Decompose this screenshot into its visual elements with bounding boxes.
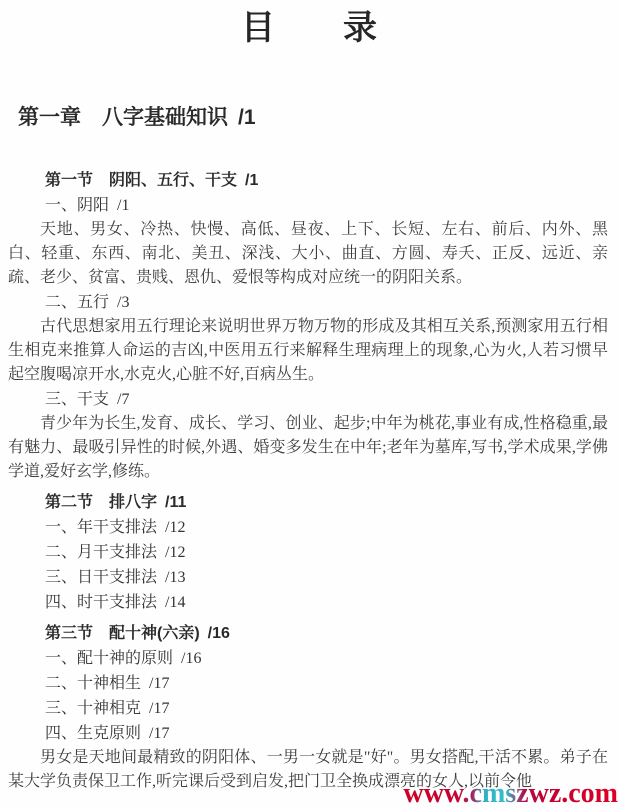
chapter-heading-page: /1 (238, 106, 256, 129)
toc-entry-page: /7 (117, 391, 129, 408)
toc-section-heading: 第一节 阴阳、五行、干支/1 (8, 168, 608, 193)
toc-item: 三、干支/7 (8, 387, 608, 412)
toc-entry-page: /1 (245, 172, 258, 189)
toc-paragraph: 青少年为长生,发育、成长、学习、创业、起步;中年为桃花,事业有成,性格稳重,最有… (8, 412, 608, 484)
toc-entry-label: 一、配十神的原则 (45, 650, 173, 667)
toc-entry-label: 二、五行 (45, 294, 109, 311)
toc-entry-page: /12 (165, 519, 185, 536)
chapter-heading: 第一章 八字基础知识/1 (18, 104, 618, 132)
toc-item: 二、五行/3 (8, 290, 608, 315)
watermark-url: www.cmszwz.com (403, 780, 618, 808)
toc-entry-label: 二、月干支排法 (45, 544, 157, 561)
toc-entry-page: /13 (165, 569, 185, 586)
toc-entry-label: 一、年干支排法 (45, 519, 157, 536)
toc-item: 二、十神相生/17 (8, 671, 608, 696)
toc-item: 三、十神相克/17 (8, 696, 608, 721)
toc-entry-page: /16 (181, 650, 201, 667)
toc-paragraph: 天地、男女、冷热、快慢、高低、昼夜、上下、长短、左右、前后、内外、黑白、轻重、东… (8, 218, 608, 290)
toc-item: 一、配十神的原则/16 (8, 646, 608, 671)
scanned-toc-page: 目 录 第一章 八字基础知识/1 第一节 阴阳、五行、干支/1一、阴阳/1天地、… (0, 0, 618, 808)
toc-entry-page: /16 (208, 625, 230, 642)
toc-section-heading: 第三节 配十神(六亲)/16 (8, 621, 608, 646)
toc-entry-page: /17 (149, 675, 169, 692)
toc-entry-page: /12 (165, 544, 185, 561)
toc-entry-page: /1 (117, 197, 129, 214)
toc-section-heading: 第二节 排八字/11 (8, 490, 608, 515)
toc-entry-label: 一、阴阳 (45, 197, 109, 214)
toc-item: 一、年干支排法/12 (8, 515, 608, 540)
toc-entry-label: 第三节 配十神(六亲) (45, 625, 200, 642)
toc-entry-label: 四、生克原则 (45, 725, 141, 742)
toc-entry-page: /14 (165, 594, 185, 611)
toc-entry-page: /17 (149, 700, 169, 717)
toc-entry-label: 二、十神相生 (45, 675, 141, 692)
toc-item: 一、阴阳/1 (8, 193, 608, 218)
toc-item: 三、日干支排法/13 (8, 565, 608, 590)
toc-entry-label: 四、时干支排法 (45, 594, 157, 611)
toc-item: 四、时干支排法/14 (8, 590, 608, 615)
toc-entries: 第一节 阴阳、五行、干支/1一、阴阳/1天地、男女、冷热、快慢、高低、昼夜、上下… (8, 168, 608, 794)
toc-entry-label: 第一节 阴阳、五行、干支 (45, 172, 237, 189)
toc-entry-label: 三、十神相克 (45, 700, 141, 717)
toc-entry-page: /3 (117, 294, 129, 311)
toc-entry-label: 第二节 排八字 (45, 494, 157, 511)
toc-entry-page: /11 (165, 494, 186, 511)
toc-paragraph: 古代思想家用五行理论来说明世界万物万物的形成及其相互关系,预测家用五行相生相克来… (8, 315, 608, 387)
chapter-heading-label: 第一章 八字基础知识 (18, 106, 228, 129)
page-title: 目 录 (0, 8, 618, 48)
toc-entry-label: 三、日干支排法 (45, 569, 157, 586)
toc-item: 四、生克原则/17 (8, 721, 608, 746)
toc-entry-label: 三、干支 (45, 391, 109, 408)
toc-item: 二、月干支排法/12 (8, 540, 608, 565)
toc-entry-page: /17 (149, 725, 169, 742)
